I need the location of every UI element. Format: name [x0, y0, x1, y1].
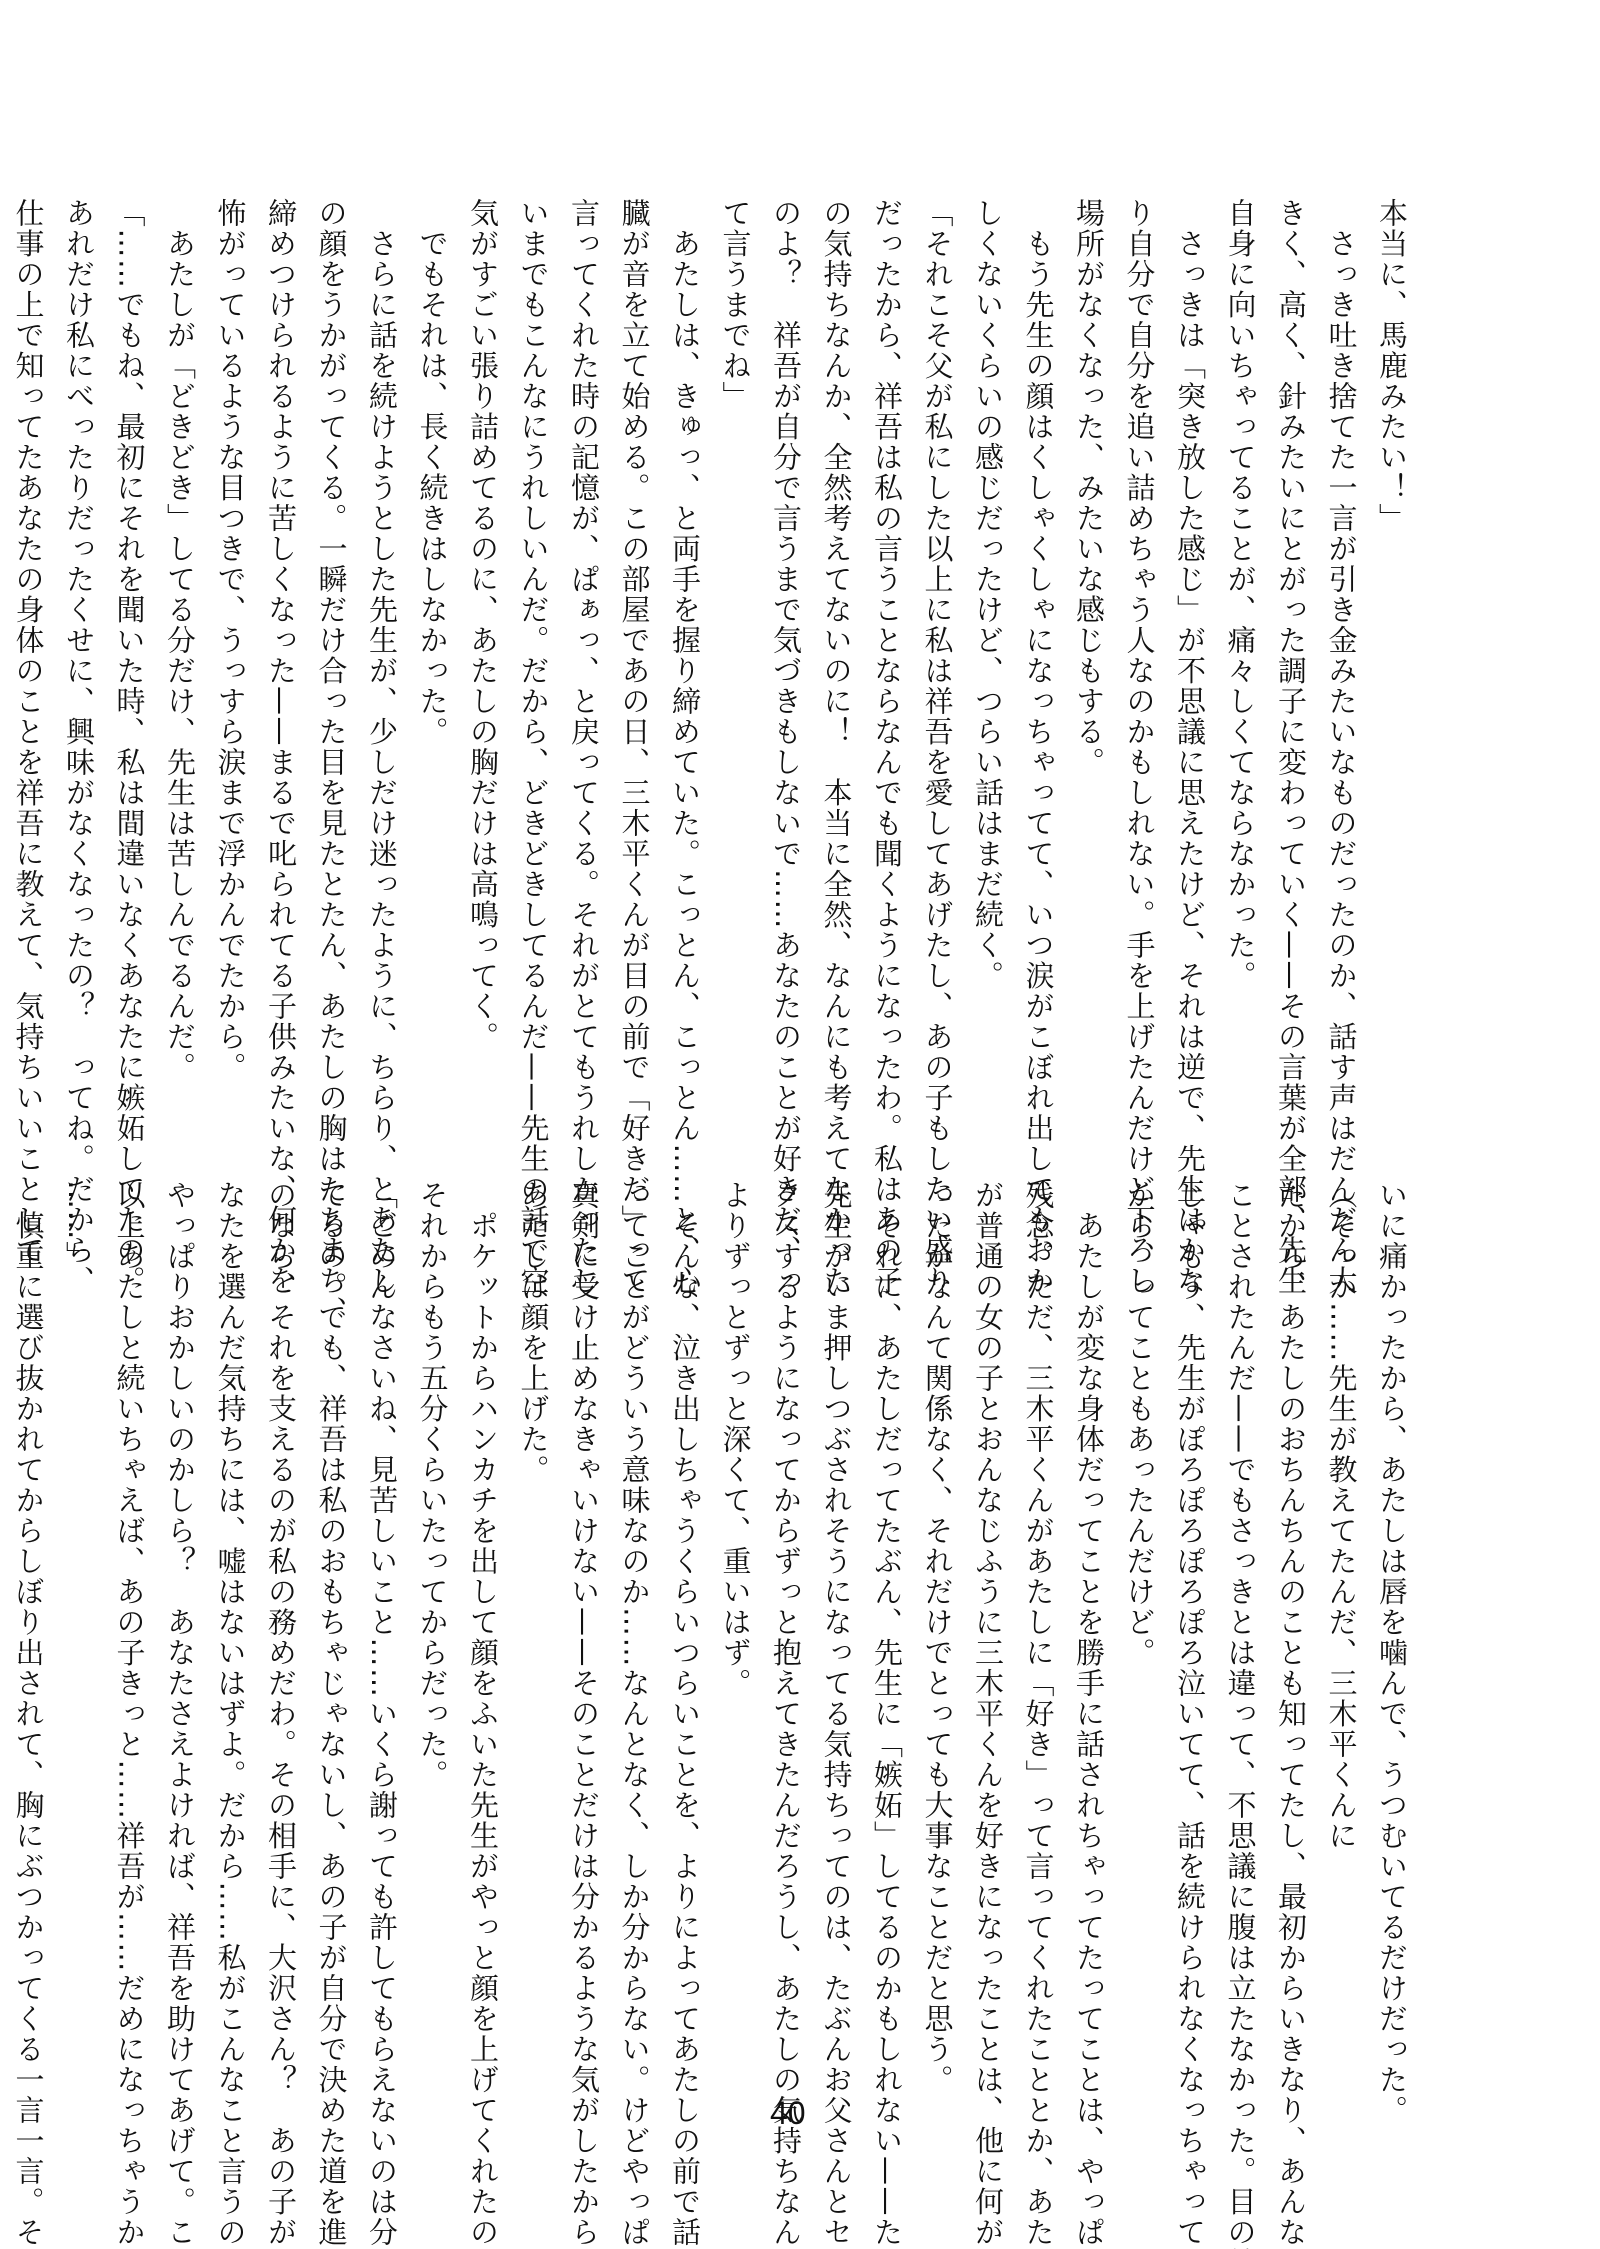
- text-column: ……」: [54, 1180, 105, 2040]
- text-column: （そっか……先生が教えてたんだ、三木平くんに: [1316, 1180, 1367, 2040]
- text-column: 「……でもね、最初にそれを聞いた時、私は間違いなくあなたに嫉妬してたの。: [104, 198, 155, 1063]
- text-column: そんな、泣き出しちゃうくらいつらいことを、よりによってあたしの前で話す: [660, 1180, 711, 2040]
- text-column: 真剣に受け止めなきゃいけない——そのことだけは分かるような気がしたから、: [559, 1180, 610, 2040]
- text-block-bottom: いに痛かったから、あたしは唇を噛んで、うつむいてるだけだった。（そっか……先生が…: [177, 1180, 1417, 2040]
- text-column: だったから、祥吾は私の言うことならなんでも聞くようになったわ。私はあの子: [862, 198, 913, 1063]
- text-column: いに痛かったから、あたしは唇を噛んで、うつむいてるだけだった。: [1367, 1180, 1418, 2040]
- text-column: のなら、それを支えるのが私の務めだわ。その相手に、大沢さん？ あの子があ: [256, 1180, 307, 2040]
- text-column: て言うまでね」: [710, 198, 761, 1063]
- text-column: それに、あたしだってたぶん、先生に「嫉妬」してるのかもしれない——ただ、: [862, 1180, 913, 2040]
- text-block-top: 本当に、馬鹿みたい！」 さっき吐き捨てた一言が引き金みたいなものだったのか、話す…: [177, 198, 1417, 1063]
- text-column: が普通の女の子とおんなじふうに三木平くんを好きになったことは、他に何があ: [963, 1180, 1014, 2040]
- text-column: ってことがどういう意味なのか……なんとなく、しか分からない。けどやっぱり、: [609, 1180, 660, 2040]
- text-column: 言ってくれた時の記憶が、ぱぁっ、と戻ってくる。それがとてもうれしかったし: [559, 198, 610, 1063]
- text-column: だから、あたしのおちんちんのことも知ってたし、最初からいきなり、あんな: [1266, 1180, 1317, 2040]
- text-column: 自身に向いちゃってることが、痛々しくてならなかった。: [1215, 198, 1266, 1063]
- text-column: 慎重に選び抜かれてからしぼり出されて、胸にぶつかってくる一言一言。それ: [3, 1180, 54, 2040]
- text-column: を真っ向から受け止めようとすると、ぎっ、と奥歯を噛み締めるだけじゃ足りな: [0, 1180, 3, 2040]
- text-column: あたしが「どきどき」してる分だけ、先生は苦しんでるんだ。: [155, 198, 206, 1063]
- text-column: ったかなんて関係なく、それだけでとっても大事なことだと思う。: [912, 1180, 963, 2040]
- text-column: 怖がっているような目つきで、うっすら涙まで浮かんでたから。: [205, 198, 256, 1063]
- text-column: 場所がなくなった、みたいな感じもする。: [1064, 198, 1115, 1063]
- text-column: いまでもこんなにうれしいんだ。だから、どきどきしてるんだ——先生の話で空: [508, 198, 559, 1063]
- text-column: 「それこそ父が私にした以上に私は祥吾を愛してあげたし、あの子もしたい盛り: [912, 198, 963, 1063]
- text-column: の気持ちなんか、全然考えてないのに！ 本当に全然、なんにも考えてなかった: [811, 198, 862, 1063]
- text-column: ことされたんだ——でもさっきとは違って、不思議に腹は立たなかった。目の前: [1215, 1180, 1266, 2040]
- text-column: でもそれは、長く続きはしなかった。: [407, 198, 458, 1063]
- text-column: なたを選んだ気持ちには、嘘はないはずよ。だから……私がこんなこと言うのは、: [205, 1180, 256, 2040]
- text-column: 気がすごい張り詰めてるのに、あたしの胸だけは高鳴ってく。: [458, 198, 509, 1063]
- text-column: さっきは「突き放した感じ」が不思議に思えたけど、それは逆で、先生はかな: [1165, 198, 1216, 1063]
- text-column: ポケットからハンカチを出して顔をふいた先生がやっと顔を上げてくれたのは、: [458, 1180, 509, 2040]
- text-column: もう先生の顔はくしゃくしゃになっちゃってて、いつ涙がこぼれ出してもおか: [1013, 198, 1064, 1063]
- text-column: 仕事の上で知ってたあなたの身体のことを祥吾に教えて、気持ちいいことして: [3, 198, 54, 1063]
- text-column: 残念。ただ、三木平くんがあたしに「好き」って言ってくれたこととか、あたし: [1013, 1180, 1064, 2040]
- text-column: てるの。でも、祥吾は私のおもちゃじゃないし、あの子が自分で決めた道を進む: [306, 1180, 357, 2040]
- text-column: しくないくらいの感じだったけど、つらい話はまだ続く。: [963, 198, 1014, 1063]
- text-column: 先生がいま押しつぶされそうになってる気持ちってのは、たぶんお父さんとセッ: [811, 1180, 862, 2040]
- text-column: あたしは、きゅっ、と両手を握り締めていた。こっとん、こっとん……と、心: [660, 198, 711, 1063]
- text-column: 以上あたしと続いちゃえば、あの子きっと……祥吾が……だめになっちゃうから: [104, 1180, 155, 2040]
- text-column: 本当に、馬鹿みたい！」: [1367, 198, 1418, 1063]
- text-column: の顔をうかがってくる。一瞬だけ合った目を見たとたん、あたしの胸はたちまち、: [306, 198, 357, 1063]
- text-column: それからもう五分くらいたってからだった。: [407, 1180, 458, 2040]
- text-column: あたしは顔を上げた。: [508, 1180, 559, 2040]
- text-column: クスするようになってからずっと抱えてきたんだろうし、あたしの気持ちなんか: [761, 1180, 812, 2040]
- text-column: 「ごめんなさいね、見苦しいこと……いくら謝っても許してもらえないのは分かっ: [357, 1180, 408, 2040]
- text-column: さっき吐き捨てた一言が引き金みたいなものだったのか、話す声はだんだん大: [1316, 198, 1367, 1063]
- text-column: から、ってこともあったんだけど。: [1114, 1180, 1165, 2040]
- text-column: 臓が音を立て始める。この部屋であの日、三木平くんが目の前で「好きだ」って: [609, 198, 660, 1063]
- text-column: さらに話を続けようとした先生が、少しだけ迷ったように、ちらり、とあたし: [357, 198, 408, 1063]
- page-number: 40: [770, 2095, 806, 2132]
- text-column: 締めつけられるように苦しくなった——まるで叱られてる子供みたいな、何かを: [256, 198, 307, 1063]
- text-column: 可愛がってあげたら？ ってそそのかしたわけ。さっきビデオで見たでしょう？: [0, 198, 3, 1063]
- text-column: あたしが変な身体だってことを勝手に話されちゃってたってことは、やっぱり: [1064, 1180, 1115, 2040]
- text-column: のよ？ 祥吾が自分で言うまで気づきもしないで……あなたのことが好きだ、っ: [761, 198, 812, 1063]
- text-column: あれだけ私にべったりだったくせに、興味がなくなったの？ ってね。だから、: [54, 198, 105, 1063]
- text-column: り自分で自分を追い詰めちゃう人なのかもしれない。手を上げたんだけど下ろし: [1114, 198, 1165, 1063]
- text-column: きく、高く、針みたいにとがった調子に変わっていく——その言葉が全部、先生: [1266, 198, 1317, 1063]
- text-column: よりずっとずっと深くて、重いはず。: [710, 1180, 761, 2040]
- text-column: じゃもう、先生がぽろぽろぽろぽろ泣いてて、話を続けられなくなっちゃってた: [1165, 1180, 1216, 2040]
- text-column: やっぱりおかしいのかしら？ あなたさえよければ、祥吾を助けてあげて。これ: [155, 1180, 206, 2040]
